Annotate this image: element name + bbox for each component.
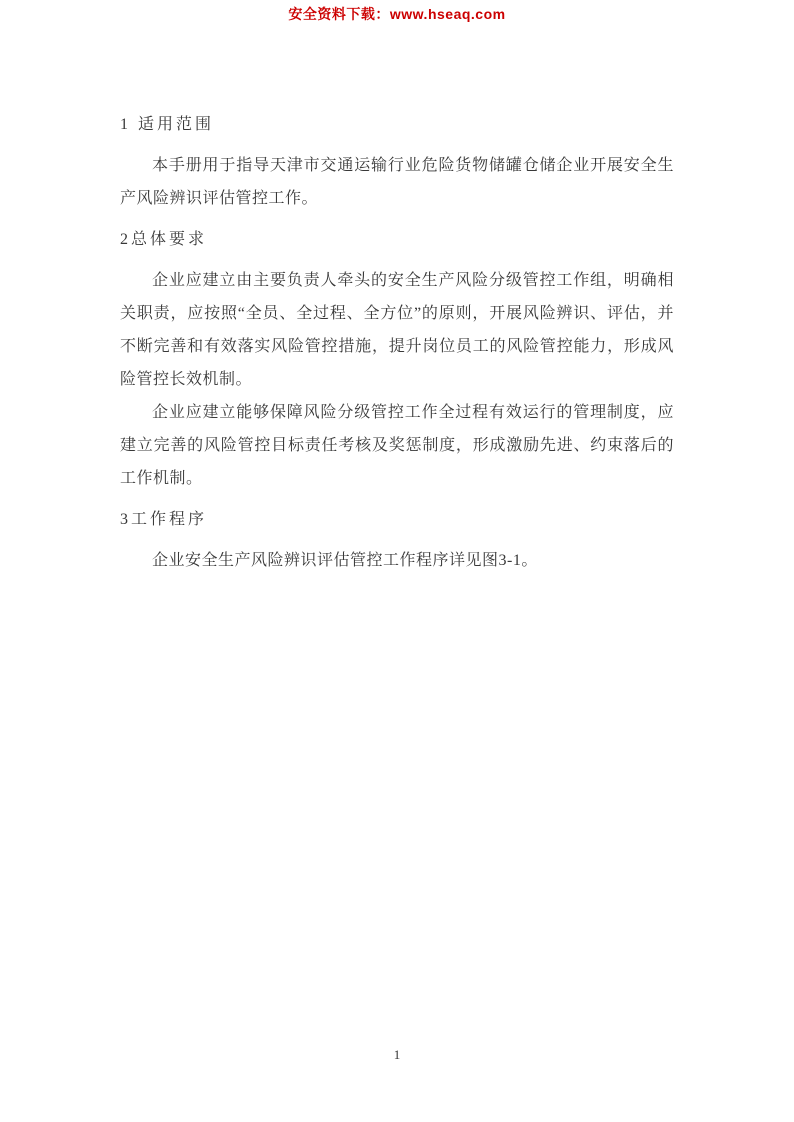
- section-heading-scope: 1 适用范围: [120, 108, 674, 141]
- section-heading-work-procedure: 3工作程序: [120, 503, 674, 536]
- page-footer: 1: [0, 1046, 794, 1064]
- paragraph-work-procedure: 企业安全生产风险辨识评估管控工作程序详见图3-1。: [120, 544, 674, 577]
- paragraph-general-requirements-1: 企业应建立由主要负责人牵头的安全生产风险分级管控工作组，明确相关职责，应按照“全…: [120, 264, 674, 396]
- document-page: 安全资料下载：www.hseaq.com 1 适用范围 本手册用于指导天津市交通…: [0, 0, 794, 1122]
- header-download-link-text: 安全资料下载：www.hseaq.com: [288, 6, 505, 22]
- section-heading-general-requirements: 2总体要求: [120, 223, 674, 256]
- page-number: 1: [394, 1047, 401, 1062]
- page-header: 安全资料下载：www.hseaq.com: [0, 4, 794, 24]
- paragraph-general-requirements-2: 企业应建立能够保障风险分级管控工作全过程有效运行的管理制度，应建立完善的风险管控…: [120, 396, 674, 495]
- paragraph-scope: 本手册用于指导天津市交通运输行业危险货物储罐仓储企业开展安全生产风险辨识评估管控…: [120, 149, 674, 215]
- document-content: 1 适用范围 本手册用于指导天津市交通运输行业危险货物储罐仓储企业开展安全生产风…: [120, 100, 674, 577]
